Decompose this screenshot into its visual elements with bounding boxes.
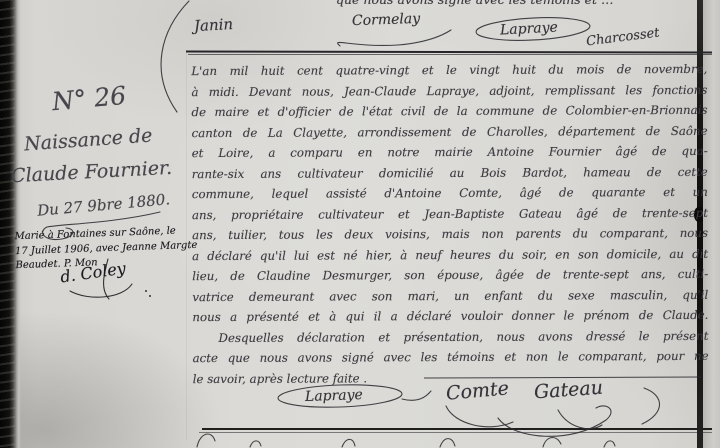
- previous-act-margin-bracket: [161, 1, 189, 112]
- act-number: N° 26: [51, 81, 127, 116]
- act-line: rante-six ans cultivateur domicilié au B…: [192, 164, 708, 180]
- act-line: vatrice demeurant avec son mari, un enfa…: [192, 287, 708, 303]
- act-line: a déclaré qu'il lui est né hier, à neuf …: [192, 246, 708, 262]
- register-scan-page: que nous avons signé avec les témoins et…: [0, 0, 720, 448]
- act-line: de maire et d'officier de l'état civil d…: [191, 103, 707, 119]
- act-title-naissance-de: Naissance de: [23, 125, 153, 156]
- margin-signature-flourish: [70, 284, 132, 297]
- act-title-claude-fournier: Claude Fournier.: [11, 157, 173, 187]
- margin-ink-dot: [149, 295, 151, 297]
- act-line: L'an mil huit cent quatre-vingt et le vi…: [191, 62, 707, 78]
- margin-ink-dot: [145, 290, 147, 292]
- next-act-separator-rule-echo: [199, 432, 712, 433]
- act-line: ans, tuilier, tous les deux voisins, mai…: [192, 226, 708, 242]
- act-line: acte que nous avons signé avec les témoi…: [193, 349, 709, 365]
- act-line: à midi. Devant nous, Jean-Claude Lapraye…: [191, 82, 707, 98]
- book-binding-texture: [0, 0, 15, 448]
- act-line: Desquelles déclaration et présentation, …: [192, 328, 708, 344]
- act-line: nous a présenté et à qui il a déclaré vo…: [192, 308, 708, 324]
- act-line: lieu, de Claudine Desmurger, son épouse,…: [192, 267, 708, 283]
- act-body-text: L'an mil huit cent quatre-vingt et le vi…: [191, 0, 709, 448]
- act-line: commune, lequel assisté d'Antoine Comte,…: [192, 185, 708, 201]
- act-line: et Loire, a comparu en notre mairie Anto…: [192, 144, 708, 160]
- act-date: Du 27 9bre 1880.: [36, 190, 170, 220]
- act-line: ans, propriétaire cultivateur et Jean-Ba…: [192, 205, 708, 221]
- act-line: canton de La Clayette, arrondissement de…: [192, 123, 708, 139]
- next-act-separator-rule: [202, 428, 712, 430]
- signature-lapraye: Lapraye: [305, 387, 363, 405]
